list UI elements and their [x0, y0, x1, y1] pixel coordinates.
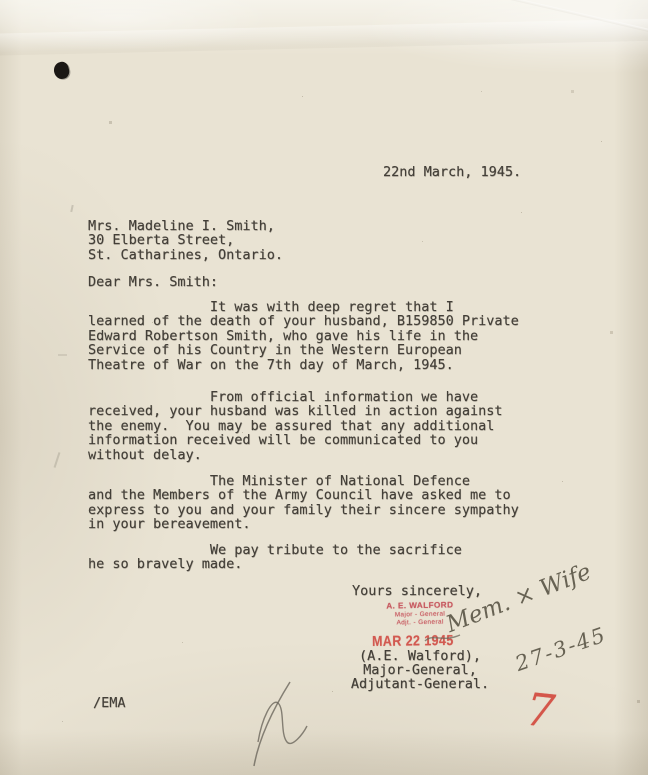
typed-signature: (A.E. Walford),Major-General,Adjutant-Ge…: [338, 650, 502, 692]
margin-pencil-mark: [70, 205, 73, 212]
body-paragraph-2: From official information we havereceive…: [88, 390, 503, 462]
margin-pencil-mark: [58, 354, 67, 356]
body-paragraph-3: The Minister of National Defenceand the …: [88, 474, 519, 532]
paper-specks: [0, 0, 1, 1]
ink-blot: [52, 60, 71, 80]
date-line: 22nd March, 1945.: [383, 165, 521, 179]
typist-initials: /EMA: [93, 696, 126, 710]
closing: Yours sincerely,: [352, 584, 482, 598]
body-paragraph-1: It was with deep regret that Ilearned of…: [88, 300, 519, 372]
recipient-address: Mrs. Madeline I. Smith,30 Elberta Street…: [88, 219, 283, 262]
handwritten-date: 27-3-45: [512, 622, 610, 676]
margin-pencil-mark: [54, 452, 61, 468]
salutation: Dear Mrs. Smith:: [88, 275, 218, 289]
body-paragraph-4: We pay tribute to the sacrificehe so bra…: [88, 543, 462, 572]
pencil-flourish: [240, 676, 320, 772]
letter-page: 22nd March, 1945. Mrs. Madeline I. Smith…: [0, 0, 648, 775]
red-page-number: 7: [523, 683, 557, 739]
paper-crease: [0, 18, 648, 56]
